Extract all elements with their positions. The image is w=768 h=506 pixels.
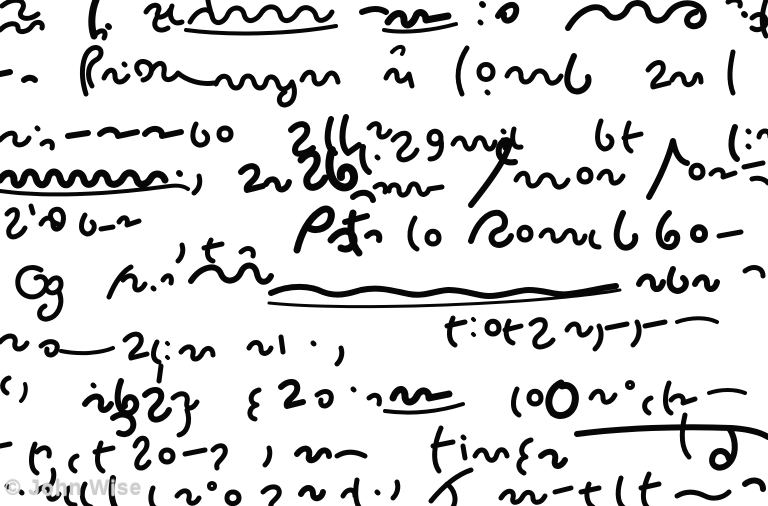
ink-stroke <box>31 444 49 473</box>
ink-stroke <box>24 78 35 80</box>
ink-stroke <box>591 391 615 402</box>
ink-stroke <box>728 0 740 6</box>
ink-stroke <box>81 215 94 234</box>
ink-stroke <box>82 47 101 94</box>
ink-stroke <box>581 484 599 506</box>
ink-stroke <box>659 213 677 247</box>
ink-stroke <box>513 129 521 147</box>
ink-stroke <box>100 130 137 136</box>
ink-stroke <box>42 141 52 148</box>
ink-stroke <box>49 470 54 487</box>
ink-stroke <box>241 249 253 256</box>
ink-stroke <box>204 240 222 261</box>
ink-stroke <box>369 124 390 137</box>
ink-stroke <box>393 482 398 498</box>
ink-stroke <box>0 444 10 446</box>
ink-stroke <box>392 47 404 54</box>
ink-stroke <box>695 277 717 289</box>
ink-stroke <box>250 390 259 419</box>
ink-stroke <box>0 72 10 74</box>
ink-stroke <box>463 437 465 458</box>
ink-stroke <box>567 56 588 91</box>
ink-stroke <box>61 348 113 353</box>
ink-stroke <box>152 63 214 83</box>
ink-stroke <box>301 488 323 498</box>
ink-stroke <box>752 178 768 183</box>
ink-stroke <box>94 31 105 38</box>
ink-stroke <box>519 440 531 473</box>
ink-stroke <box>384 24 456 32</box>
ink-stroke <box>607 324 627 328</box>
ink-stroke <box>0 336 27 349</box>
ink-stroke <box>541 452 565 466</box>
ink-stroke <box>108 26 109 27</box>
ink-stroke <box>691 165 703 178</box>
ink-stroke <box>712 428 735 468</box>
ink-stroke <box>624 123 641 151</box>
ink-stroke <box>317 392 331 406</box>
ink-stroke <box>337 348 342 364</box>
ink-stroke <box>92 0 96 36</box>
ink-stroke <box>627 382 633 388</box>
ink-stroke <box>386 70 412 86</box>
ink-stroke <box>118 381 137 413</box>
ink-stroke <box>377 492 378 493</box>
ink-stroke <box>633 322 639 345</box>
ink-stroke <box>119 218 139 225</box>
ink-stroke <box>431 470 471 506</box>
ink-stroke <box>377 157 378 158</box>
ink-stroke <box>529 391 541 404</box>
ink-stroke <box>191 265 271 281</box>
ink-stroke <box>170 6 182 23</box>
ink-stroke <box>207 0 212 16</box>
ink-stroke <box>137 61 152 80</box>
ink-stroke <box>329 150 354 187</box>
ink-stroke <box>266 179 289 189</box>
ink-stroke <box>482 4 483 5</box>
ink-stroke <box>173 394 197 408</box>
ink-stroke <box>393 133 417 160</box>
ink-stroke <box>541 230 585 243</box>
ink-stroke <box>209 483 215 489</box>
ink-stroke <box>568 3 704 28</box>
ink-stroke <box>135 438 149 468</box>
ink-stroke <box>153 342 159 362</box>
ink-stroke <box>145 390 169 420</box>
ink-stroke <box>487 321 499 334</box>
ink-stroke <box>730 52 733 93</box>
ink-stroke <box>577 427 768 437</box>
ink-stroke <box>153 288 154 289</box>
ink-stroke <box>473 319 474 335</box>
ink-stroke <box>291 124 313 154</box>
ink-stroke <box>645 322 665 326</box>
ink-stroke <box>649 141 687 197</box>
ink-stroke <box>665 383 695 413</box>
ink-stroke <box>709 390 745 393</box>
ink-stroke <box>682 415 689 457</box>
ink-stroke <box>342 117 359 153</box>
ink-stroke <box>362 147 369 172</box>
ink-stroke <box>181 347 213 359</box>
ink-stroke <box>301 153 325 187</box>
ink-stroke <box>375 184 385 192</box>
ink-stroke <box>367 233 379 240</box>
ink-stroke <box>249 342 271 353</box>
ink-stroke <box>40 292 61 319</box>
ink-stroke <box>731 127 737 159</box>
ink-stroke <box>475 450 507 461</box>
ink-stroke <box>104 70 128 82</box>
ink-stroke <box>18 268 47 297</box>
ink-stroke <box>124 64 125 65</box>
ink-stroke <box>480 22 481 23</box>
ink-stroke <box>151 488 157 506</box>
ink-stroke <box>672 74 701 85</box>
ink-stroke <box>617 213 636 248</box>
ink-stroke <box>159 366 161 381</box>
ink-stroke <box>37 487 59 499</box>
handwriting-ink-svg <box>0 0 768 506</box>
ink-stroke <box>487 92 488 93</box>
ink-stroke <box>219 128 231 140</box>
ink-stroke <box>95 443 113 471</box>
ink-stroke <box>178 245 183 261</box>
ink-stroke <box>112 478 115 506</box>
ink-stroke <box>385 404 463 413</box>
ink-stroke <box>501 491 545 502</box>
ink-stroke <box>167 343 168 358</box>
ink-stroke <box>345 216 367 222</box>
ink-stroke <box>193 124 208 145</box>
ink-stroke <box>7 210 25 237</box>
ink-stroke <box>677 492 729 498</box>
ink-stroke <box>3 378 9 393</box>
ink-stroke <box>507 69 561 84</box>
ink-stroke <box>41 209 63 229</box>
ink-stroke <box>101 227 113 229</box>
ink-stroke <box>598 121 612 149</box>
ink-stroke <box>453 138 495 149</box>
ink-stroke <box>227 492 239 504</box>
ink-stroke <box>427 231 439 244</box>
ink-stroke <box>163 276 171 283</box>
ink-stroke <box>748 131 749 147</box>
ink-stroke <box>194 176 200 193</box>
ink-stroke <box>343 480 359 506</box>
ink-stroke <box>591 232 599 247</box>
ink-stroke <box>37 128 38 129</box>
ink-stroke <box>41 342 57 355</box>
ink-stroke <box>2 0 38 18</box>
ink-stroke <box>433 428 453 471</box>
ink-stroke <box>641 474 659 506</box>
ink-stroke <box>719 232 741 236</box>
ink-stroke <box>471 213 511 245</box>
ink-stroke <box>353 389 354 390</box>
ink-stroke <box>693 227 705 240</box>
ink-stroke <box>145 129 181 136</box>
ink-stroke <box>179 410 189 435</box>
ink-stroke <box>555 488 571 492</box>
ink-stroke <box>109 267 131 297</box>
ink-stroke <box>216 76 292 89</box>
ink-stroke <box>505 321 521 343</box>
ink-stroke <box>297 449 329 461</box>
ink-stroke <box>213 446 225 468</box>
ink-stroke <box>123 276 145 290</box>
ink-stroke <box>745 481 763 489</box>
ink-stroke <box>185 450 205 454</box>
ink-stroke <box>458 48 467 94</box>
ink-stroke <box>66 488 75 505</box>
ink-stroke <box>7 486 22 493</box>
ink-stroke <box>531 320 553 347</box>
ink-stroke <box>281 382 303 406</box>
ink-stroke <box>479 65 493 80</box>
ink-stroke <box>186 26 336 33</box>
ink-stroke <box>595 326 601 349</box>
ink-stroke <box>447 318 465 345</box>
ink-stroke <box>71 456 77 471</box>
ink-stroke <box>670 269 686 291</box>
ink-stroke <box>68 133 88 136</box>
ink-stroke <box>745 268 763 276</box>
ink-stroke <box>85 396 111 410</box>
ink-stroke <box>125 334 147 358</box>
ink-stroke <box>744 163 763 167</box>
ink-stroke <box>362 9 386 12</box>
ink-stroke <box>711 170 735 177</box>
ink-stroke <box>281 337 283 352</box>
ink-stroke <box>31 206 33 213</box>
ink-stroke <box>82 484 91 506</box>
ink-stroke <box>21 384 26 401</box>
ink-stroke <box>645 398 651 413</box>
ink-stroke <box>113 415 133 435</box>
ink-stroke <box>498 5 516 21</box>
ink-stroke <box>618 478 623 506</box>
ink-stroke <box>0 133 29 145</box>
ink-stroke <box>513 389 519 415</box>
ink-stroke <box>639 277 663 290</box>
ink-stroke <box>177 491 199 503</box>
ink-stroke <box>241 166 263 190</box>
ink-stroke <box>389 184 442 195</box>
ink-stroke <box>648 63 669 88</box>
ink-stroke <box>0 172 165 185</box>
ink-stroke <box>297 209 331 250</box>
ink-stroke <box>313 343 314 344</box>
ink-stroke <box>265 448 270 465</box>
manuscript-photo: © John Wise <box>0 0 768 506</box>
ink-stroke <box>410 218 417 249</box>
ink-stroke <box>337 452 365 456</box>
ink-stroke <box>161 450 173 462</box>
ink-stroke <box>93 385 94 386</box>
ink-stroke <box>744 14 745 15</box>
ink-stroke <box>519 227 531 240</box>
ink-stroke <box>579 169 591 182</box>
ink-stroke <box>429 131 442 159</box>
ink-stroke <box>393 389 449 402</box>
ink-stroke <box>549 383 576 416</box>
ink-stroke <box>599 171 623 183</box>
ink-stroke <box>516 173 568 187</box>
ink-stroke <box>369 395 379 404</box>
ink-stroke <box>263 487 279 506</box>
ink-stroke <box>353 193 373 200</box>
ink-stroke <box>302 72 338 84</box>
ink-stroke <box>179 173 180 174</box>
ink-stroke <box>271 286 616 296</box>
ink-stroke <box>677 318 717 322</box>
ink-stroke <box>567 324 591 335</box>
ink-stroke <box>388 13 448 25</box>
ink-stroke <box>759 131 768 137</box>
ink-stroke <box>0 22 42 31</box>
ink-stroke <box>0 186 188 195</box>
